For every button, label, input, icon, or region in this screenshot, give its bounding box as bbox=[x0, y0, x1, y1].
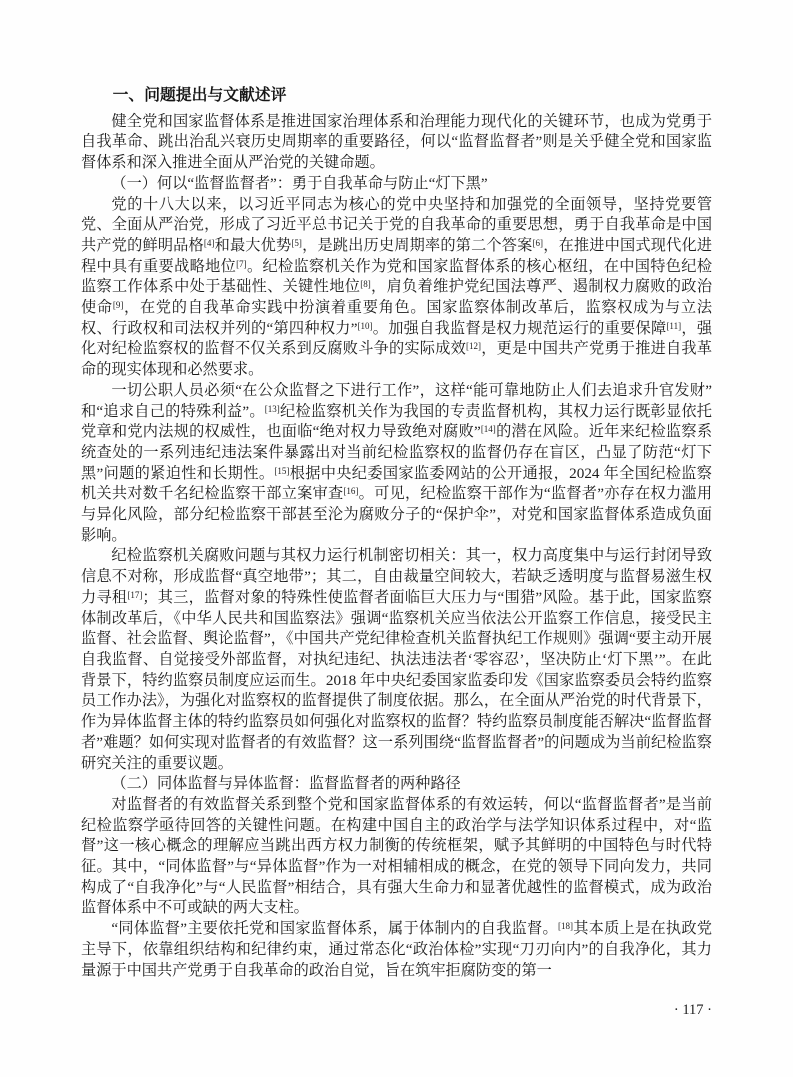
footnote-reference: [15] bbox=[274, 466, 289, 476]
footnote-reference: [5] bbox=[291, 238, 302, 248]
paragraph-intro: 健全党和国家监督体系是推进国家治理体系和治理能力现代化的关键环节，也成为党勇于自… bbox=[81, 112, 712, 174]
paragraph-corruption-mechanism: 纪检监察机关腐败问题与其权力运行机制密切相关：其一，权力高度集中与运行封闭导致信… bbox=[81, 546, 712, 774]
footnote-reference: [13] bbox=[265, 404, 280, 414]
footnote-reference: [6] bbox=[533, 238, 544, 248]
footnote-reference: [16] bbox=[343, 486, 358, 496]
footnote-reference: [8] bbox=[360, 279, 371, 289]
footnote-reference: [4] bbox=[204, 238, 215, 248]
page-number: · 117 · bbox=[674, 1002, 712, 1019]
footnote-reference: [11] bbox=[666, 321, 681, 331]
footnote-reference: [9] bbox=[113, 300, 124, 310]
footnote-reference: [18] bbox=[558, 921, 573, 931]
paragraph-public-supervision: 一切公职人员必须“在公众监督之下进行工作”，这样“能可靠地防止人们去追求升官发财… bbox=[81, 381, 712, 547]
paragraph-self-revolution: 党的十八大以来，以习近平同志为核心的党中央坚持和加强党的全面领导，坚持党要管党、… bbox=[81, 195, 712, 381]
section-heading-1: 一、问题提出与文献述评 bbox=[81, 86, 712, 107]
paragraph-same-body-supervision: “同体监督”主要依托党和国家监督体系，属于体制内的自我监督。[18]其本质上是在… bbox=[81, 919, 712, 981]
footnote-reference: [10] bbox=[358, 321, 373, 331]
footnote-reference: [7] bbox=[236, 259, 247, 269]
subsection-heading-2: （二）同体监督与异体监督：监督监督者的两种路径 bbox=[81, 774, 712, 795]
footnote-reference: [14] bbox=[481, 424, 496, 434]
footnote-reference: [12] bbox=[466, 341, 481, 351]
subsection-heading-1: （一）何以“监督监督者”：勇于自我革命与防止“灯下黑” bbox=[81, 174, 712, 195]
footnote-reference: [17] bbox=[127, 590, 142, 600]
document-page: 一、问题提出与文献述评 健全党和国家监督体系是推进国家治理体系和治理能力现代化的… bbox=[0, 0, 793, 1077]
article-body: 一、问题提出与文献述评 健全党和国家监督体系是推进国家治理体系和治理能力现代化的… bbox=[81, 86, 712, 981]
paragraph-two-paths: 对监督者的有效监督关系到整个党和国家监督体系的有效运转，何以“监督监督者”是当前… bbox=[81, 795, 712, 919]
